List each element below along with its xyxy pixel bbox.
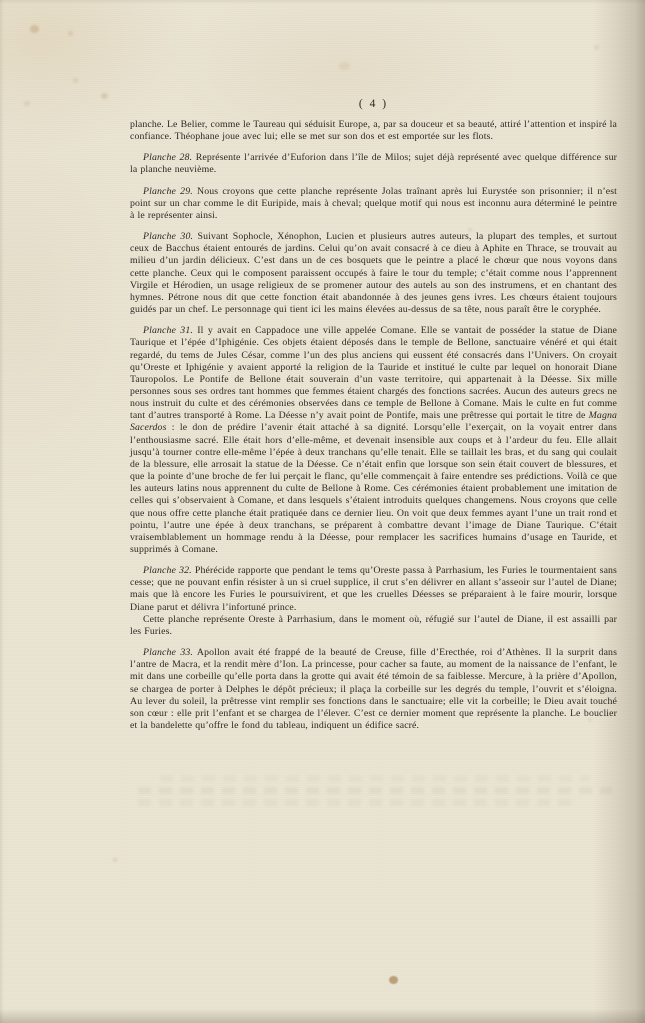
- paragraph-planche-32: Planche 32. Phérécide rapporte que penda…: [130, 565, 617, 614]
- paragraph-lead: Planche 29.: [143, 186, 193, 197]
- paragraph-lead: Planche 30.: [143, 231, 193, 242]
- paragraph-continuation: planche. Le Belier, comme le Taureau qui…: [130, 119, 617, 143]
- paragraph-planche-33: Planche 33. Apollon avait été frappé de …: [130, 647, 617, 732]
- paragraph-text: Phérécide rapporte que pendant le tems q…: [130, 565, 617, 612]
- paragraph-planche-28: Planche 28. Représente l’arrivée d’Eufor…: [130, 152, 617, 176]
- verso-showthrough: [160, 775, 590, 782]
- text-block: planche. Le Belier, comme le Taureau qui…: [130, 119, 617, 741]
- foxing-spot: [101, 93, 108, 99]
- paragraph-planche-32-note: Cette planche représente Oreste à Parrha…: [130, 614, 617, 638]
- foxing-spot: [594, 45, 599, 50]
- page-number: ( 4 ): [130, 98, 617, 110]
- paragraph-lead: Planche 33.: [143, 647, 193, 658]
- paragraph-planche-30: Planche 30. Suivant Sophocle, Xénophon, …: [130, 231, 617, 316]
- paragraph-lead: Planche 31.: [143, 325, 193, 336]
- paragraph-text: Nous croyons que cette planche représent…: [130, 186, 617, 221]
- foxing-spot: [113, 858, 117, 862]
- foxing-spot: [588, 718, 592, 722]
- paragraph-text: Représente l’arrivée d’Euforion dans l’î…: [130, 152, 617, 175]
- paragraph-text: planche. Le Belier, comme le Taureau qui…: [130, 119, 617, 142]
- paragraph-text: Il y avait en Cappadoce une ville appelé…: [130, 325, 617, 421]
- foxing-spot: [339, 62, 350, 70]
- book-page-scan: ( 4 ) planche. Le Belier, comme le Taure…: [0, 0, 645, 1023]
- paragraph-lead: Planche 32.: [143, 565, 192, 576]
- verso-showthrough: [138, 799, 578, 806]
- paragraph-text: Apollon avait été frappé de la beauté de…: [130, 647, 617, 731]
- paragraph-text: Cette planche représente Oreste à Parrha…: [130, 614, 617, 637]
- paragraph-text: Suivant Sophocle, Xénophon, Lucien et pl…: [130, 231, 617, 315]
- foxing-spot: [389, 976, 398, 984]
- paragraph-planche-29: Planche 29. Nous croyons que cette planc…: [130, 186, 617, 222]
- foxing-spot: [468, 228, 472, 232]
- verso-showthrough: [138, 787, 612, 794]
- paragraph-planche-31: Planche 31. Il y avait en Cappadoce une …: [130, 325, 617, 556]
- foxing-spot: [24, 101, 30, 106]
- paragraph-text: : le don de prédire l’avenir était attac…: [130, 422, 617, 555]
- foxing-spot: [68, 31, 73, 36]
- foxing-spot: [73, 78, 78, 83]
- paragraph-lead: Planche 28.: [143, 152, 192, 163]
- foxing-spot: [30, 25, 39, 33]
